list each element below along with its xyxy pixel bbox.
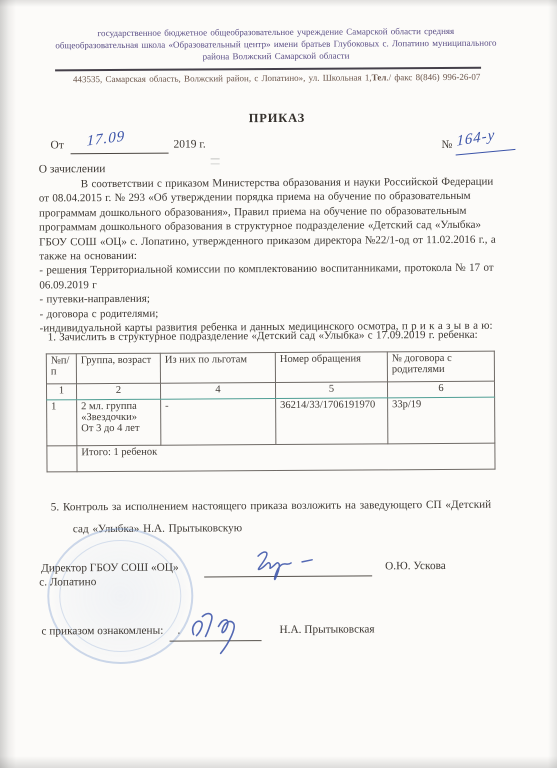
- cell-benefits: -: [161, 399, 276, 446]
- enrollment-clause: 1. Зачислить в структурное подразделение…: [48, 329, 478, 344]
- header-cell-group: Группа, возраст: [76, 353, 160, 384]
- address-line: 443535, Самарская область, Волжский райо…: [18, 71, 535, 84]
- director-signature-line: [204, 555, 372, 577]
- scan-artifact: [211, 158, 220, 164]
- round-stamp: [47, 528, 194, 665]
- header-cell-contract: № договора с родителями: [387, 351, 494, 382]
- address-text: 443535, Самарская область, Волжский райо…: [73, 72, 372, 84]
- header-cell-num: №п/п: [46, 354, 76, 384]
- address-phone: ./ факс 8(846) 996-26-07: [386, 72, 480, 83]
- cell-row-number: 1: [47, 400, 77, 446]
- column-number: 5: [275, 382, 387, 399]
- table-row: 1 2 мл. группа «Звездочки» От 3 до 4 лет…: [47, 397, 495, 446]
- director-title-label: Директор ГБОУ СОШ «ОЦ»: [41, 562, 179, 575]
- order-number-prefix: №: [442, 139, 453, 151]
- cell-contract-number: 33р/19: [388, 397, 495, 444]
- header-cell-benefits: Из них по льготам: [160, 353, 275, 384]
- acknowledged-signature-ink: [187, 604, 247, 656]
- group-line: 2 мл. группа: [81, 401, 156, 412]
- column-number: 1: [46, 384, 76, 400]
- table-total-row: Итого: 1 ребенок: [47, 443, 495, 472]
- control-clause-line: 5. Контроль за исполнением настоящего пр…: [51, 493, 531, 518]
- table-header-row: №п/п Группа, возраст Из них по льготам Н…: [46, 351, 494, 384]
- subject-line: О зачислении: [39, 163, 106, 175]
- order-number-blank-line: 164-у: [454, 127, 516, 155]
- director-signature-ink: [242, 548, 330, 583]
- document-sheet: государственное бюджетное общеобразовате…: [0, 0, 557, 768]
- header-cell-application: Номер обращения: [275, 352, 387, 383]
- director-location-label: с. Лопатино: [39, 576, 96, 588]
- organization-header: государственное бюджетное общеобразовате…: [26, 25, 526, 63]
- date-prefix-label: От: [51, 139, 64, 151]
- order-body: В соответствии с приказом Министерства о…: [39, 175, 522, 336]
- document-title: ПРИКАЗ: [0, 109, 555, 127]
- total-empty-cell: [47, 446, 77, 472]
- body-line: ГБОУ СОШ «ОЦ» с. Лопатино, утвержденного…: [39, 232, 521, 249]
- column-number: 4: [160, 383, 275, 400]
- director-name: О.Ю. Ускова: [385, 560, 446, 572]
- group-line: От 3 до 4 лет: [81, 423, 156, 434]
- total-cell: Итого: 1 ребенок: [77, 443, 495, 472]
- address-phone-label: Тел: [372, 72, 387, 82]
- handwritten-date: 17.09: [87, 128, 126, 150]
- acknowledged-name: Н.А. Прытыковская: [279, 623, 374, 636]
- header-divider-line: [55, 67, 481, 72]
- scanned-order-document: государственное бюджетное общеобразовате…: [0, 0, 557, 768]
- column-number: 6: [387, 381, 494, 398]
- enrollment-table: №п/п Группа, возраст Из них по льготам Н…: [46, 351, 496, 473]
- cell-group: 2 мл. группа «Звездочки» От 3 до 4 лет: [77, 399, 161, 446]
- period-mark: .: [177, 625, 180, 637]
- cell-application-number: 36214/33/1706191970: [276, 398, 388, 445]
- handwritten-order-number: 164-у: [456, 127, 495, 151]
- acknowledged-label: с приказом ознакомлены:: [41, 625, 163, 638]
- body-line: - решения Территориальной комиссии по ко…: [39, 261, 521, 278]
- date-year-label: 2019 г.: [173, 138, 205, 150]
- group-line: «Звездочки»: [81, 412, 156, 423]
- acknowledged-signature-line: .: [169, 620, 261, 642]
- column-number: 2: [76, 383, 160, 400]
- date-blank-line: 17.09: [70, 132, 168, 155]
